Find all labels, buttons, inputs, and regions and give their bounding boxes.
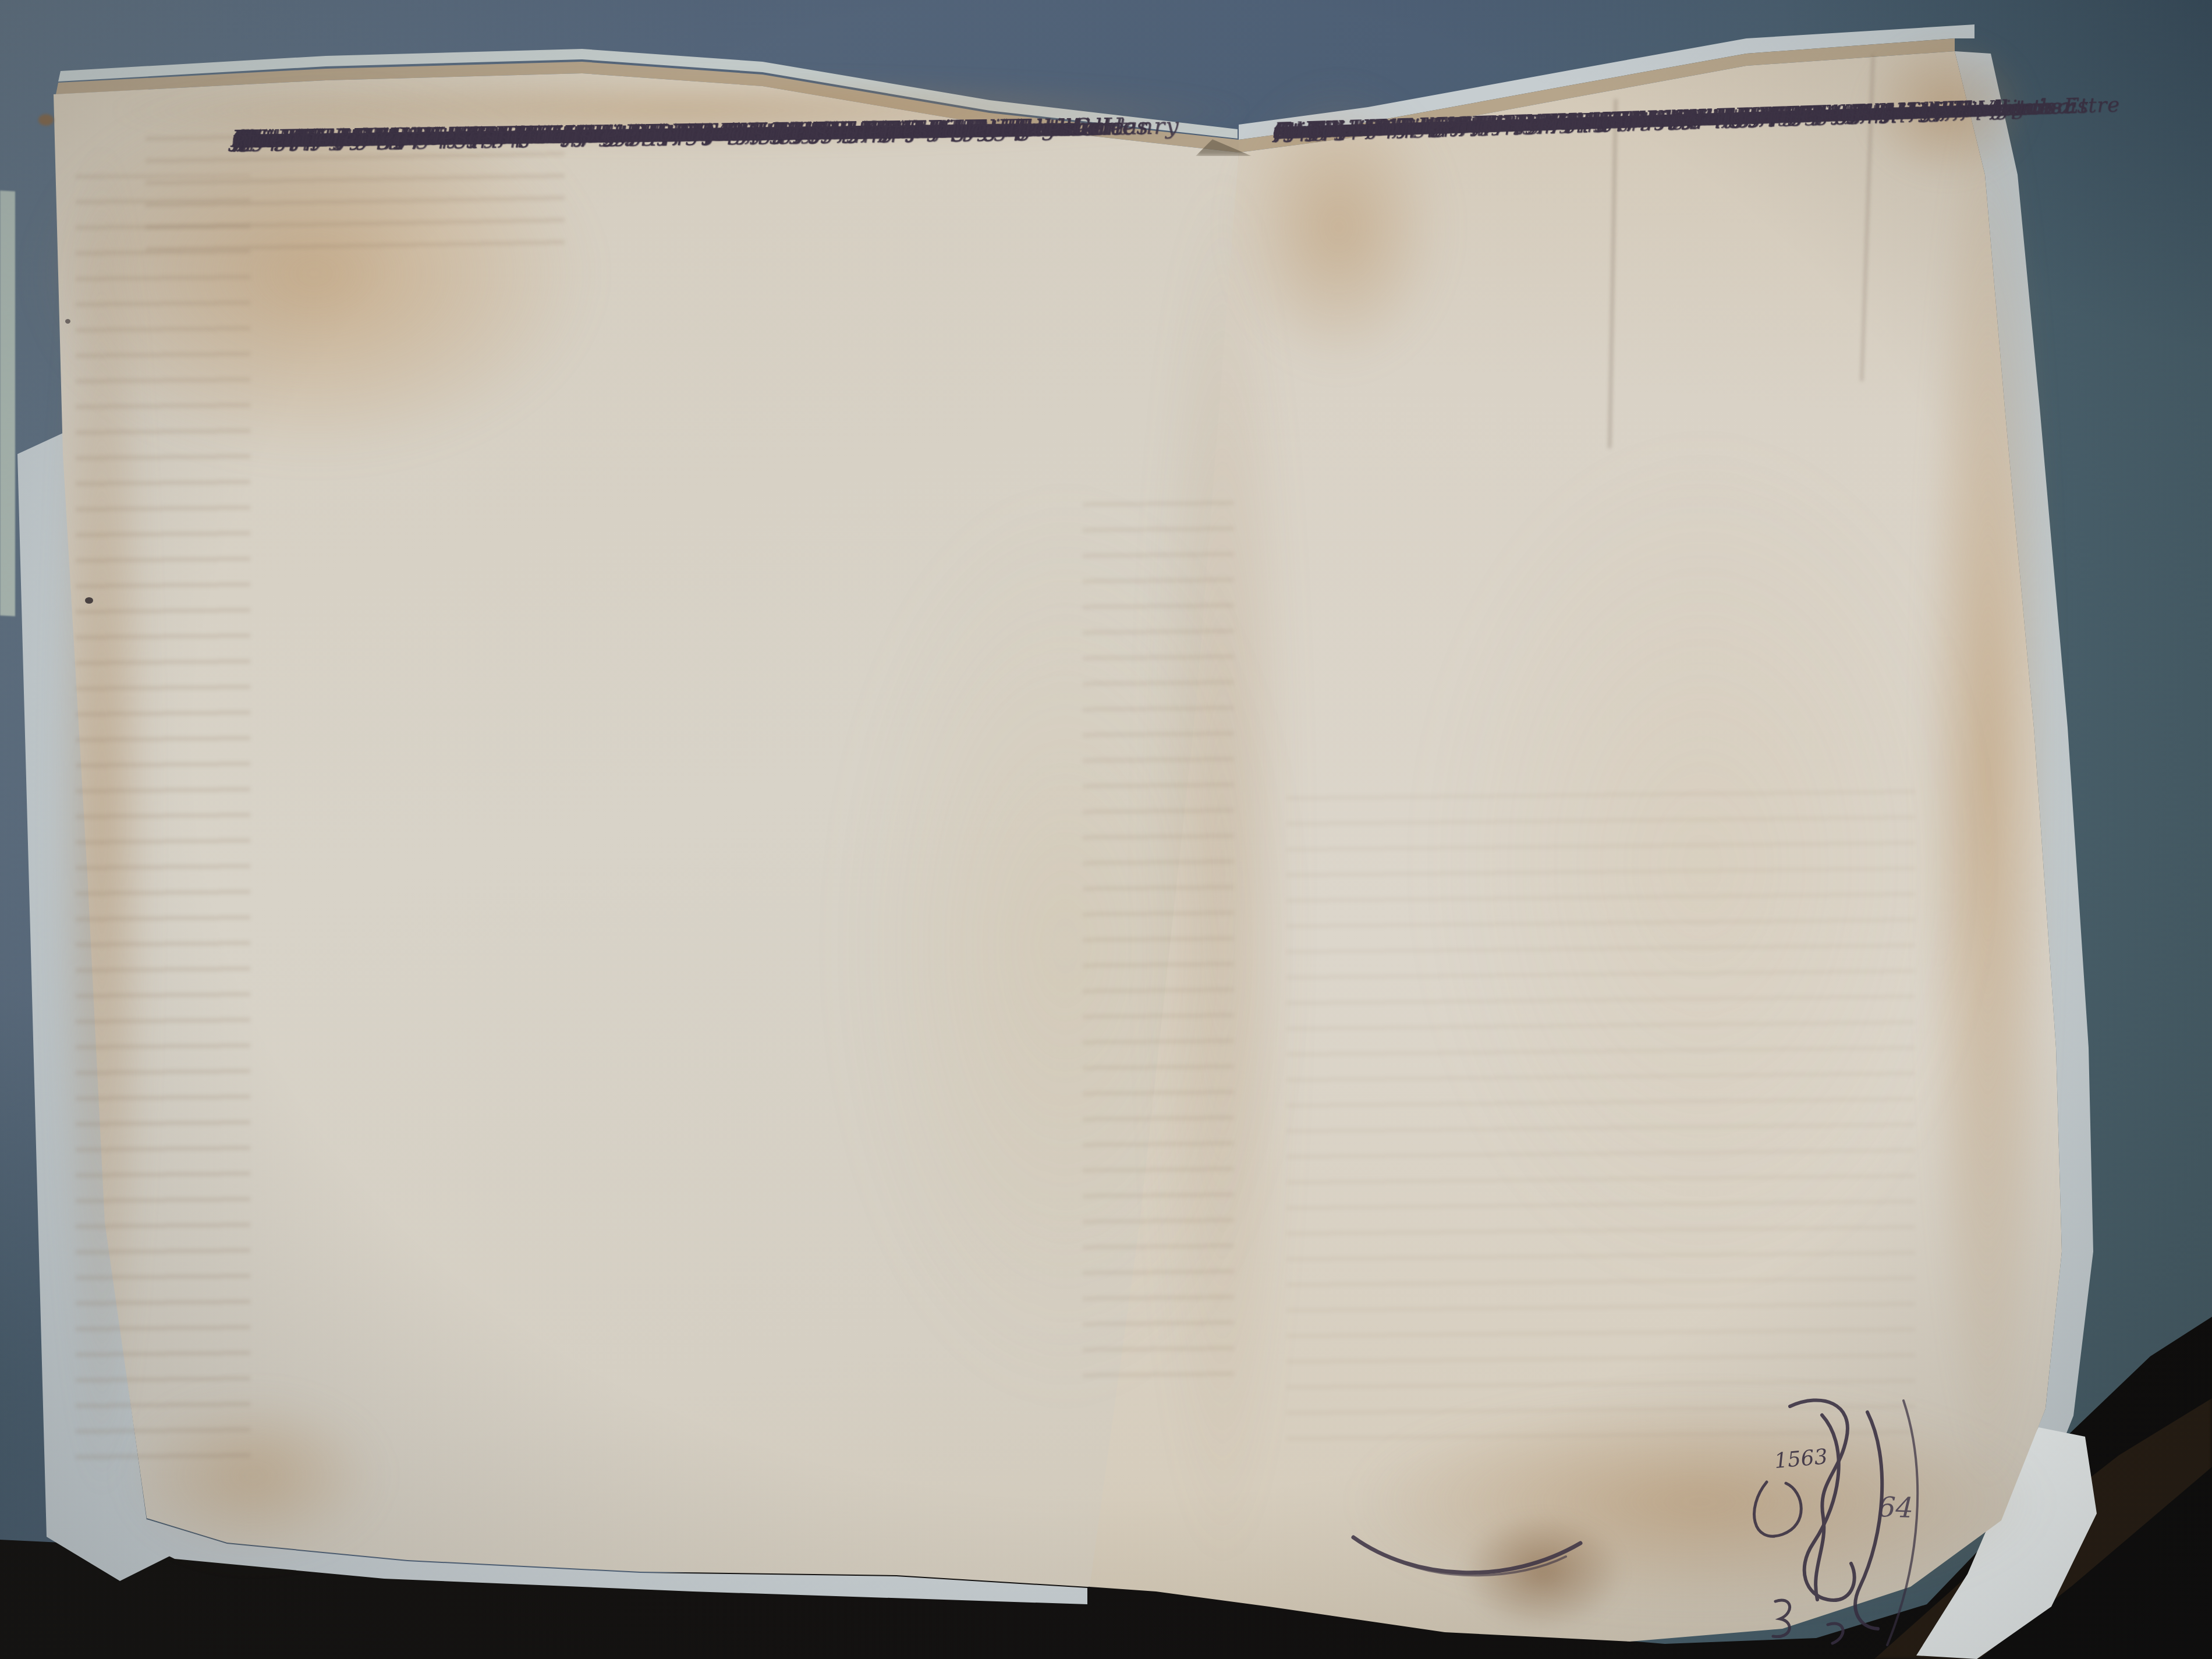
- photo-vignette: [0, 0, 2212, 1659]
- manuscript-photo: fait advenu que led fe lieu hiet remis e…: [0, 0, 2212, 1659]
